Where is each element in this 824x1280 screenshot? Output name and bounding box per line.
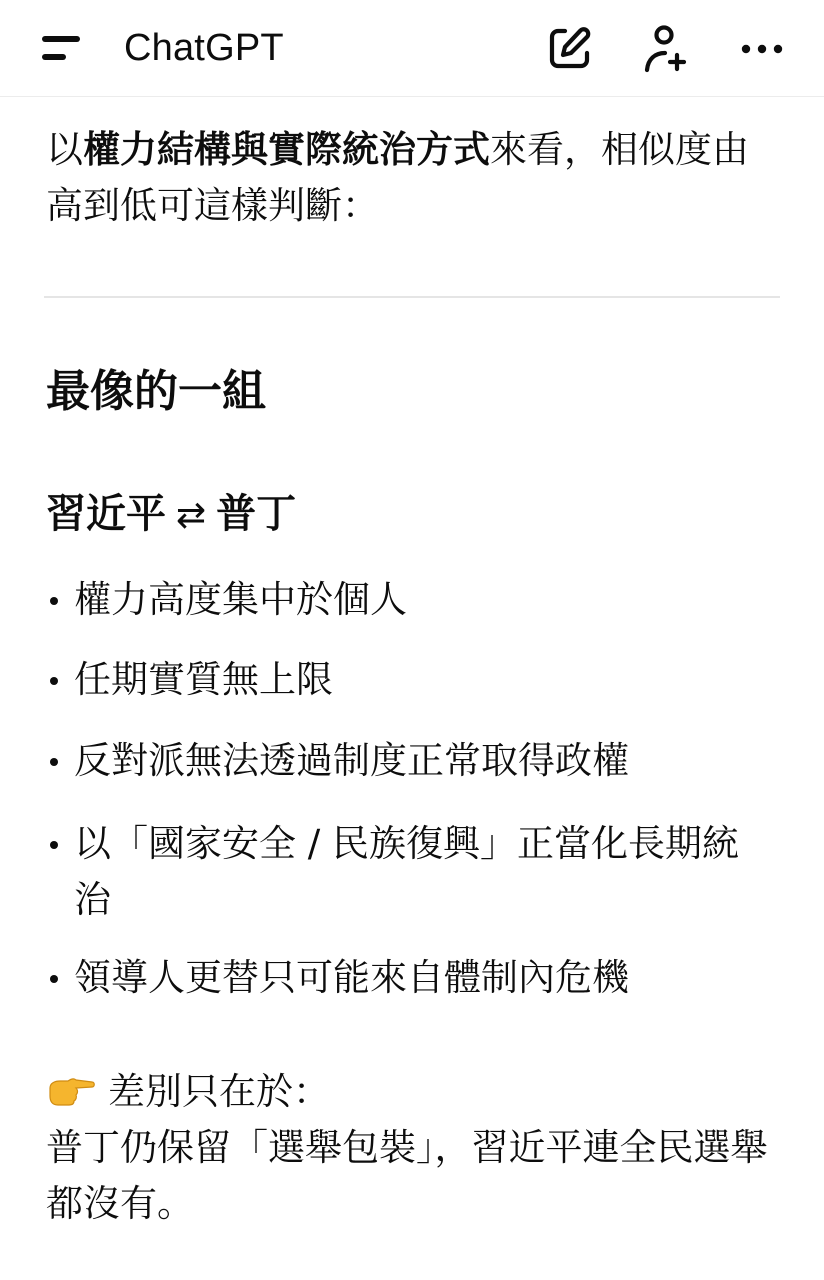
difference-note: 差別只在於： 普丁仍保留「選舉包裝」，習近平連全民選舉都沒有。	[46, 1064, 782, 1232]
pair-left: 習近平	[46, 491, 166, 537]
more-options-button[interactable]	[736, 22, 788, 74]
sidebar-menu-button[interactable]	[38, 30, 86, 66]
bullet-icon	[50, 841, 58, 849]
list-item-text: 權力高度集中於個人	[74, 578, 407, 621]
list-item: 任期實質無上限	[46, 652, 784, 708]
list-item-text: 領導人更替只可能來自體制內危機	[74, 956, 629, 999]
list-item: 權力高度集中於個人	[46, 572, 784, 628]
edit-icon	[544, 22, 596, 74]
list-item: 領導人更替只可能來自體制內危機	[46, 950, 784, 1006]
app-title: ChatGPT	[124, 26, 284, 70]
pair-heading: 習近平⇄普丁	[46, 484, 296, 546]
bullet-icon	[50, 597, 58, 605]
list-item-text: 以「國家安全 / 民族復興」正當化長期統治	[74, 822, 739, 921]
list-item-text: 任期實質無上限	[74, 658, 333, 701]
note-text: 普丁仍保留「選舉包裝」，習近平連全民選舉都沒有。	[46, 1120, 782, 1232]
swap-arrow-icon: ⇄	[176, 495, 206, 536]
list-item-text: 反對派無法透過制度正常取得政權	[74, 739, 629, 782]
intro-paragraph: 以權力結構與實際統治方式來看，相似度由高到低可這樣判斷：	[46, 122, 782, 234]
note-label: 差別只在於：	[108, 1070, 330, 1113]
bullet-icon	[50, 975, 58, 983]
note-label-line: 差別只在於：	[46, 1064, 782, 1120]
bullet-icon	[50, 677, 58, 685]
new-chat-button[interactable]	[544, 22, 596, 74]
top-bar: ChatGPT	[0, 0, 824, 97]
list-item: 反對派無法透過制度正常取得政權	[46, 733, 784, 789]
list-item: 以「國家安全 / 民族復興」正當化長期統治	[46, 816, 764, 928]
pointing-right-icon	[46, 1074, 96, 1108]
pair-right: 普丁	[216, 491, 296, 537]
add-user-icon	[640, 22, 692, 74]
section-title: 最像的一組	[46, 360, 266, 424]
bullet-icon	[50, 758, 58, 766]
divider	[44, 296, 780, 298]
add-people-button[interactable]	[640, 22, 692, 74]
intro-bold: 權力結構與實際統治方式	[83, 128, 490, 171]
more-icon	[736, 22, 788, 74]
intro-prefix: 以	[46, 128, 83, 171]
